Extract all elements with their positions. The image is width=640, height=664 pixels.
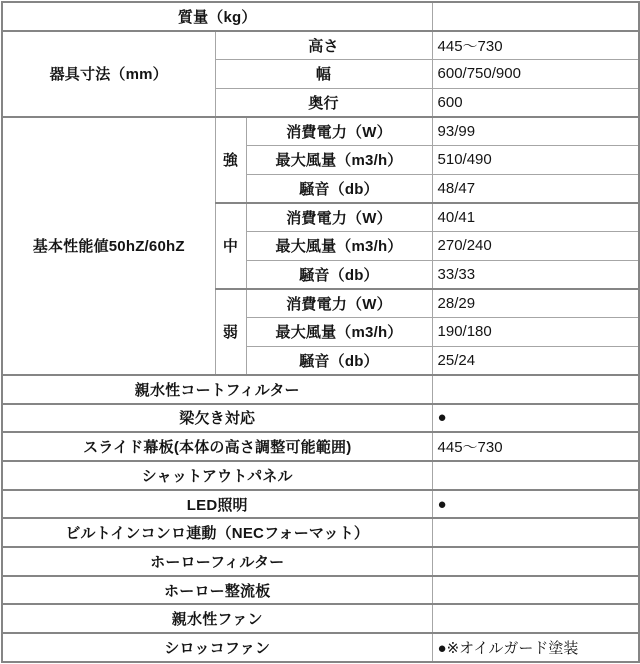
hydrophilic-coat-filter-value	[432, 375, 639, 404]
slide-panel-label: スライド幕板(本体の高さ調整可能範囲)	[2, 432, 432, 461]
height-value: 445〜730	[432, 31, 639, 60]
beam-notch-support-value: ●	[432, 404, 639, 433]
row-mass: 質量（kg）	[2, 2, 639, 31]
led-light-value: ●	[432, 490, 639, 519]
height-label: 高さ	[215, 31, 432, 60]
high-noise-label: 騒音（db）	[246, 174, 432, 203]
low-noise-value: 25/24	[432, 346, 639, 375]
enamel-rectifier-plate-label: ホーロー整流板	[2, 576, 432, 605]
mass-label: 質量（kg）	[2, 2, 432, 31]
slide-panel-value: 445〜730	[432, 432, 639, 461]
beam-notch-support-label: 梁欠き対応	[2, 404, 432, 433]
mid-airflow-label: 最大風量（m3/h）	[246, 232, 432, 261]
row-enamel-filter: ホーローフィルター	[2, 547, 639, 576]
mode-mid-label: 中	[215, 203, 246, 289]
row-performance-high-power: 基本性能値50hZ/60hZ強消費電力（W）93/99	[2, 117, 639, 146]
row-shutout-panel: シャットアウトパネル	[2, 461, 639, 490]
mid-power-value: 40/41	[432, 203, 639, 232]
enamel-rectifier-plate-value	[432, 576, 639, 605]
row-led-light: LED照明●	[2, 490, 639, 519]
hydrophilic-fan-value	[432, 604, 639, 633]
hydrophilic-fan-label: 親水性ファン	[2, 604, 432, 633]
mid-power-label: 消費電力（W）	[246, 203, 432, 232]
led-light-label: LED照明	[2, 490, 432, 519]
shutout-panel-value	[432, 461, 639, 490]
row-slide-panel: スライド幕板(本体の高さ調整可能範囲)445〜730	[2, 432, 639, 461]
mode-high-label: 強	[215, 117, 246, 203]
sirocco-fan-label: シロッコファン	[2, 633, 432, 662]
low-power-label: 消費電力（W）	[246, 289, 432, 318]
mid-noise-label: 騒音（db）	[246, 260, 432, 289]
dimensions-label: 器具寸法（mm）	[2, 31, 215, 117]
low-noise-label: 騒音（db）	[246, 346, 432, 375]
low-power-value: 28/29	[432, 289, 639, 318]
low-airflow-value: 190/180	[432, 318, 639, 347]
mass-value	[432, 2, 639, 31]
enamel-filter-label: ホーローフィルター	[2, 547, 432, 576]
high-power-label: 消費電力（W）	[246, 117, 432, 146]
depth-label: 奥行	[215, 88, 432, 117]
shutout-panel-label: シャットアウトパネル	[2, 461, 432, 490]
row-hydrophilic-fan: 親水性ファン	[2, 604, 639, 633]
mode-low-label: 弱	[215, 289, 246, 375]
row-builtin-stove-link: ビルトインコンロ連動（NECフォーマット）	[2, 518, 639, 547]
row-sirocco-fan: シロッコファン●※オイルガード塗装	[2, 633, 639, 662]
builtin-stove-link-value	[432, 518, 639, 547]
row-beam-notch-support: 梁欠き対応●	[2, 404, 639, 433]
high-airflow-value: 510/490	[432, 145, 639, 174]
mid-noise-value: 33/33	[432, 260, 639, 289]
builtin-stove-link-label: ビルトインコンロ連動（NECフォーマット）	[2, 518, 432, 547]
high-noise-value: 48/47	[432, 174, 639, 203]
row-dimensions-height: 器具寸法（mm）高さ445〜730	[2, 31, 639, 60]
row-hydrophilic-coat-filter: 親水性コートフィルター	[2, 375, 639, 404]
spec-page: 質量（kg）器具寸法（mm）高さ445〜730幅600/750/900奥行600…	[0, 1, 640, 664]
enamel-filter-value	[432, 547, 639, 576]
depth-value: 600	[432, 88, 639, 117]
spec-table: 質量（kg）器具寸法（mm）高さ445〜730幅600/750/900奥行600…	[1, 1, 640, 663]
mid-airflow-value: 270/240	[432, 232, 639, 261]
high-power-value: 93/99	[432, 117, 639, 146]
hydrophilic-coat-filter-label: 親水性コートフィルター	[2, 375, 432, 404]
high-airflow-label: 最大風量（m3/h）	[246, 145, 432, 174]
performance-label: 基本性能値50hZ/60hZ	[2, 117, 215, 375]
width-value: 600/750/900	[432, 59, 639, 88]
row-enamel-rectifier-plate: ホーロー整流板	[2, 576, 639, 605]
low-airflow-label: 最大風量（m3/h）	[246, 318, 432, 347]
sirocco-fan-value: ●※オイルガード塗装	[432, 633, 639, 662]
width-label: 幅	[215, 59, 432, 88]
